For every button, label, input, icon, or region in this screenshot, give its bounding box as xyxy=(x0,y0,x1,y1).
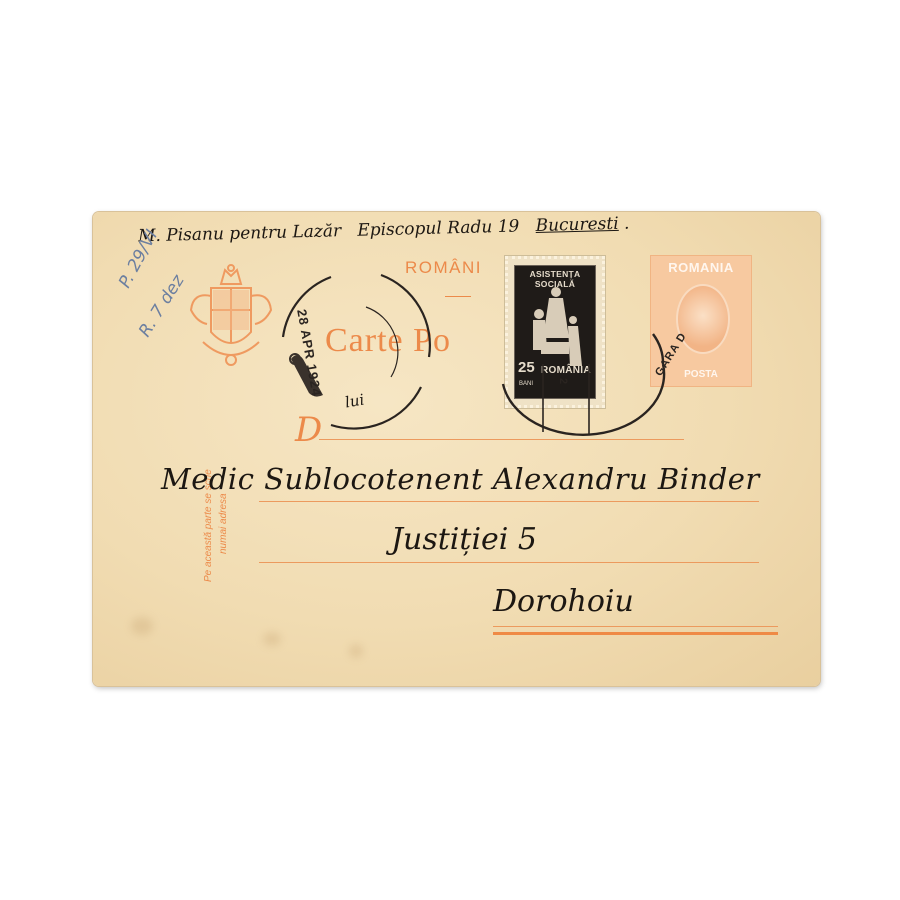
sender-street: Episcopul Radu 19 xyxy=(357,216,520,240)
stain xyxy=(263,632,281,646)
handwritten-note: lui xyxy=(344,390,366,411)
pencil-note-2: R. 7 dez xyxy=(135,271,189,340)
title-dash xyxy=(445,296,471,297)
sender-name: M. Pisanu pentru Lazăr xyxy=(138,221,342,246)
address-recipient: Medic Sublocotenent Alexandru Binder xyxy=(161,462,760,496)
address-line-2 xyxy=(259,501,759,502)
stain xyxy=(131,617,153,635)
address-line-3 xyxy=(259,562,759,563)
sender-period: . xyxy=(624,214,630,234)
imprinted-stamp-country: ROMANIA xyxy=(651,260,751,275)
address-line-4 xyxy=(493,626,778,627)
pencil-note-1: P. 29/VI xyxy=(115,227,162,292)
address-prefix: D xyxy=(295,410,322,450)
coat-of-arms-icon xyxy=(183,262,279,374)
address-city: Dorohoiu xyxy=(493,584,634,619)
postmark-number: 2 xyxy=(557,378,569,384)
sender-line: M. Pisanu pentru Lazăr Episcopul Radu 19… xyxy=(138,214,630,247)
sender-city: Bucuresti xyxy=(535,214,619,236)
address-street: Justiției 5 xyxy=(391,522,537,557)
address-underline xyxy=(493,632,778,635)
postmark-right xyxy=(493,304,683,444)
postcard: M. Pisanu pentru Lazăr Episcopul Radu 19… xyxy=(93,212,820,686)
stain xyxy=(349,644,363,658)
